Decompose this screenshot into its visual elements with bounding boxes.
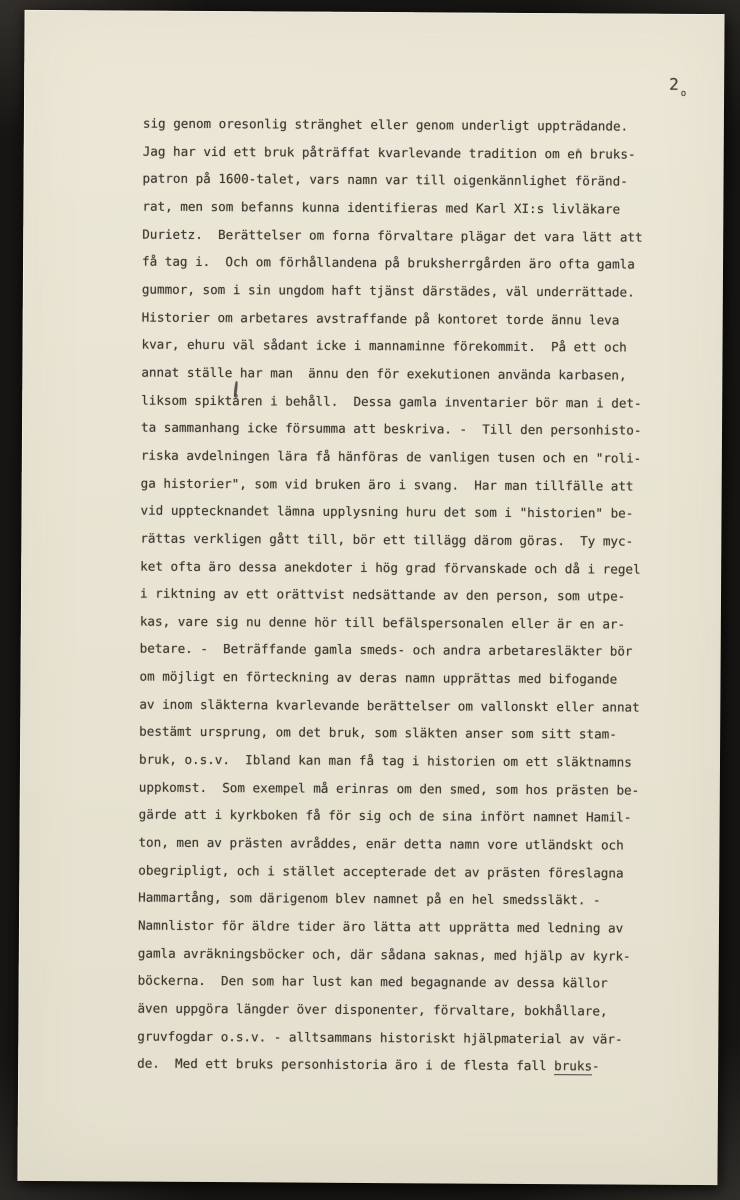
- text-line: gamla avräkningsböcker och, där sådana s…: [138, 939, 678, 970]
- text-line: obegripligt, och i stället accepterade d…: [138, 856, 678, 887]
- text-line: kvar, ehuru väl sådant icke i mannaminne…: [141, 331, 681, 362]
- text-line: betare. - Beträffande gamla smeds- och a…: [140, 635, 680, 666]
- text-line: ton, men av prästen avråddes, enär detta…: [138, 829, 678, 860]
- text-line-last: de. Med ett bruks personhistoria äro i d…: [137, 1050, 677, 1081]
- text-line: ta sammanhang icke försumma att beskriva…: [141, 414, 681, 445]
- text-line: liksom spiktåren i behåll. Dessa gamla i…: [141, 386, 681, 417]
- text-line: gummor, som i sin ungdom haft tjänst där…: [142, 276, 682, 307]
- text-line: Hammartång, som därigenom blev namnet på…: [138, 884, 678, 915]
- page-number-mark: o: [681, 89, 686, 99]
- text-line: Historier om arbetares avstraffande på k…: [142, 303, 682, 334]
- typewritten-text: sig genom oresonlig stränghet eller geno…: [137, 110, 683, 1081]
- text-line: bestämt ursprung, om det bruk, som släkt…: [139, 718, 679, 749]
- text-line: riska avdelningen lära få hänföras de va…: [141, 441, 681, 472]
- scan-speck: [577, 148, 580, 153]
- text-line: ga historier", som vid bruken äro i svan…: [141, 469, 681, 500]
- page-number-digit: 2: [669, 75, 679, 94]
- text-line: sig genom oresonlig stränghet eller geno…: [143, 110, 683, 141]
- text-line: rättas verkligen gått till, bör ett till…: [140, 524, 680, 555]
- text-line: om möjligt en förteckning av deras namn …: [139, 663, 679, 694]
- text-line: få tag i. Och om förhållandena på bruksh…: [142, 248, 682, 279]
- text-line: kas, vare sig nu denne hör till befälspe…: [140, 607, 680, 638]
- text-line: Durietz. Berättelser om forna förvaltare…: [142, 220, 682, 251]
- text-line: gruvfogdar o.s.v. - alltsammans historis…: [137, 1022, 677, 1053]
- text-line: vid upptecknandet lämna upplysning huru …: [140, 497, 680, 528]
- text-line: patron på 1600-talet, vars namn var till…: [142, 165, 682, 196]
- last-line-prefix: de. Med ett bruks personhistoria äro i d…: [137, 1056, 554, 1074]
- text-line: Jag har vid ett bruk påträffat kvarlevan…: [143, 137, 683, 168]
- text-line: Namnlistor för äldre tider äro lätta att…: [138, 912, 678, 943]
- underlined-word: bruks: [554, 1059, 592, 1075]
- text-line: gärde att i kyrkboken få för sig och de …: [139, 801, 679, 832]
- text-line: av inom släkterna kvarlevande berättelse…: [139, 690, 679, 721]
- text-line: även uppgöra längder över disponenter, f…: [137, 995, 677, 1026]
- text-line: bruk, o.s.v. Ibland kan man få tag i his…: [139, 746, 679, 777]
- text-line: rat, men som befanns kunna identifieras …: [142, 193, 682, 224]
- page-number: 2o: [669, 75, 686, 94]
- document-page: 2o sig genom oresonlig stränghet eller g…: [17, 10, 724, 1185]
- text-lines: sig genom oresonlig stränghet eller geno…: [137, 110, 683, 1054]
- text-line: i riktning av ett orättvist nedsättande …: [140, 580, 680, 611]
- text-line: annat ställe har man ännu den för exekut…: [141, 358, 681, 389]
- text-line: uppkomst. Som exempel må erinras om den …: [139, 773, 679, 804]
- text-line: böckerna. Den som har lust kan med begag…: [138, 967, 678, 998]
- text-line: ket ofta äro dessa anekdoter i hög grad …: [140, 552, 680, 583]
- last-line-suffix: -: [592, 1059, 600, 1074]
